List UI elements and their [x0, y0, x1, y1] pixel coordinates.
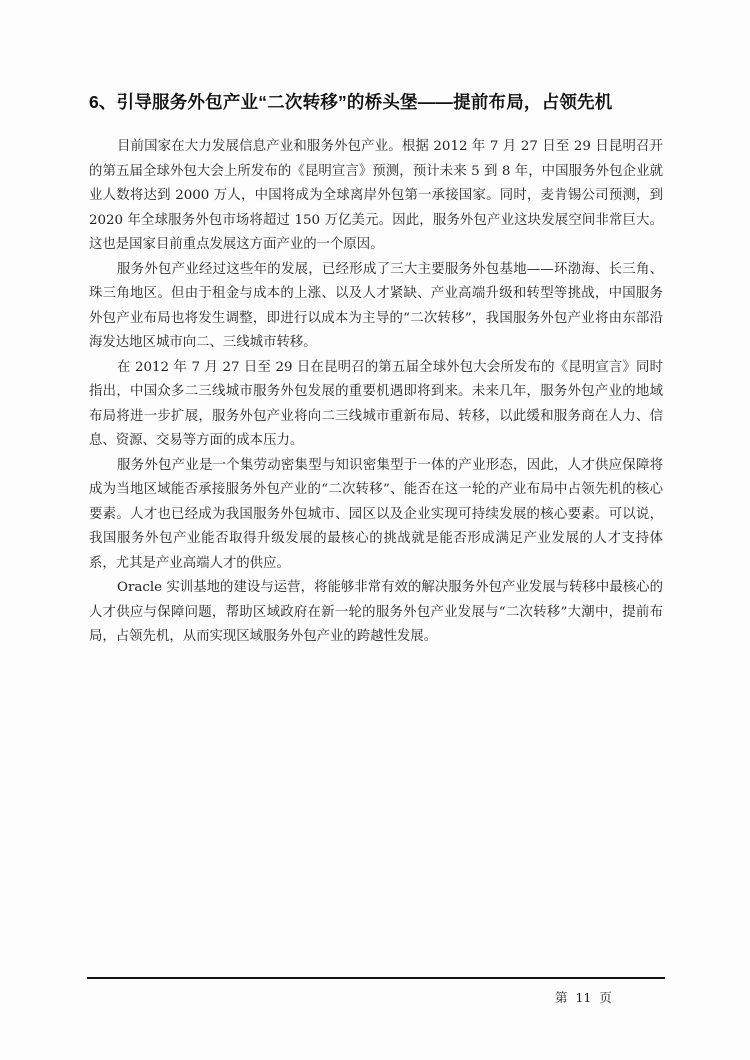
body-text: 目前国家在大力发展信息产业和服务外包产业。根据 2012 年 7 月 27 日至… — [89, 135, 663, 650]
document-page: 6、引导服务外包产业“二次转移”的桥头堡——提前布局，占领先机 目前国家在大力发… — [0, 0, 750, 1060]
paragraph: 服务外包产业经过这些年的发展，已经形成了三大主要服务外包基地——环渤海、长三角、… — [89, 258, 663, 356]
paragraph: 目前国家在大力发展信息产业和服务外包产业。根据 2012 年 7 月 27 日至… — [89, 135, 663, 258]
paragraph: 在 2012 年 7 月 27 日至 29 日在昆明召的第五届全球外包大会所发布… — [89, 356, 663, 454]
page-number: 第 11 页 — [555, 988, 635, 1006]
footer-divider — [87, 977, 665, 979]
paragraph: 服务外包产业是一个集劳动密集型与知识密集型于一体的产业形态，因此，人才供应保障将… — [89, 454, 663, 577]
section-heading: 6、引导服务外包产业“二次转移”的桥头堡——提前布局，占领先机 — [89, 89, 689, 114]
paragraph: Oracle 实训基地的建设与运营，将能够非常有效的解决服务外包产业发展与转移中… — [89, 576, 663, 650]
